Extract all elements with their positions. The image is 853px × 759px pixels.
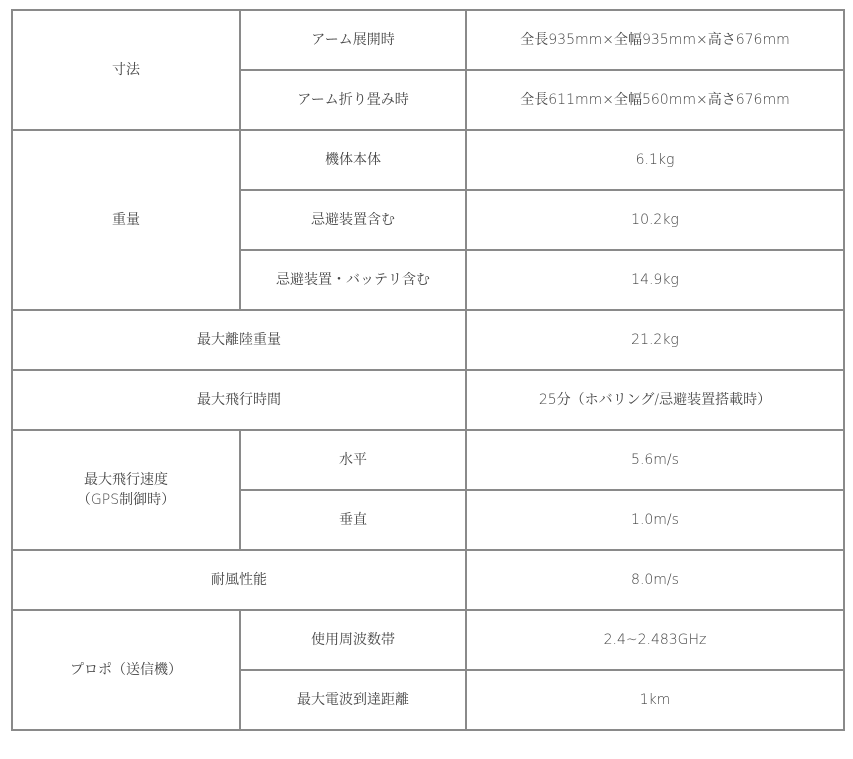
spec-value: 6.1kg [466, 130, 844, 190]
sub-header: 水平 [240, 430, 466, 490]
spec-value: 1.0m/s [466, 490, 844, 550]
sub-header: 最大電波到達距離 [240, 670, 466, 730]
row-header-max-flight-time: 最大飛行時間 [12, 370, 466, 430]
table-row: 耐風性能 8.0m/s [12, 550, 844, 610]
spec-value: 1km [466, 670, 844, 730]
table-row: 最大離陸重量 21.2kg [12, 310, 844, 370]
table-row: 最大飛行時間 25分（ホバリング/忌避装置搭載時） [12, 370, 844, 430]
sub-header: 忌避装置含む [240, 190, 466, 250]
row-header-transmitter: プロポ（送信機） [12, 610, 240, 730]
sub-header: アーム展開時 [240, 10, 466, 70]
row-header-max-takeoff-weight: 最大離陸重量 [12, 310, 466, 370]
table-row: 最大飛行速度 （GPS制御時） 水平 5.6m/s [12, 430, 844, 490]
table-row: 寸法 アーム展開時 全長935mm×全幅935mm×高さ676mm [12, 10, 844, 70]
sub-header: 機体本体 [240, 130, 466, 190]
row-header-wind-resistance: 耐風性能 [12, 550, 466, 610]
spec-value: 8.0m/s [466, 550, 844, 610]
sub-header: 忌避装置・バッテリ含む [240, 250, 466, 310]
spec-table: 寸法 アーム展開時 全長935mm×全幅935mm×高さ676mm アーム折り畳… [11, 9, 845, 731]
spec-value: 14.9kg [466, 250, 844, 310]
sub-header: 使用周波数帯 [240, 610, 466, 670]
row-header-dimensions: 寸法 [12, 10, 240, 130]
sub-header: 垂直 [240, 490, 466, 550]
spec-value: 21.2kg [466, 310, 844, 370]
spec-value: 25分（ホバリング/忌避装置搭載時） [466, 370, 844, 430]
row-header-max-speed: 最大飛行速度 （GPS制御時） [12, 430, 240, 550]
spec-value: 全長935mm×全幅935mm×高さ676mm [466, 10, 844, 70]
table-row: プロポ（送信機） 使用周波数帯 2.4~2.483GHz [12, 610, 844, 670]
sub-header: アーム折り畳み時 [240, 70, 466, 130]
max-speed-label: 最大飛行速度 [17, 470, 235, 490]
spec-value: 5.6m/s [466, 430, 844, 490]
spec-value: 全長611mm×全幅560mm×高さ676mm [466, 70, 844, 130]
table-row: 重量 機体本体 6.1kg [12, 130, 844, 190]
max-speed-sublabel: （GPS制御時） [17, 490, 235, 510]
spec-value: 2.4~2.483GHz [466, 610, 844, 670]
row-header-weight: 重量 [12, 130, 240, 310]
spec-value: 10.2kg [466, 190, 844, 250]
